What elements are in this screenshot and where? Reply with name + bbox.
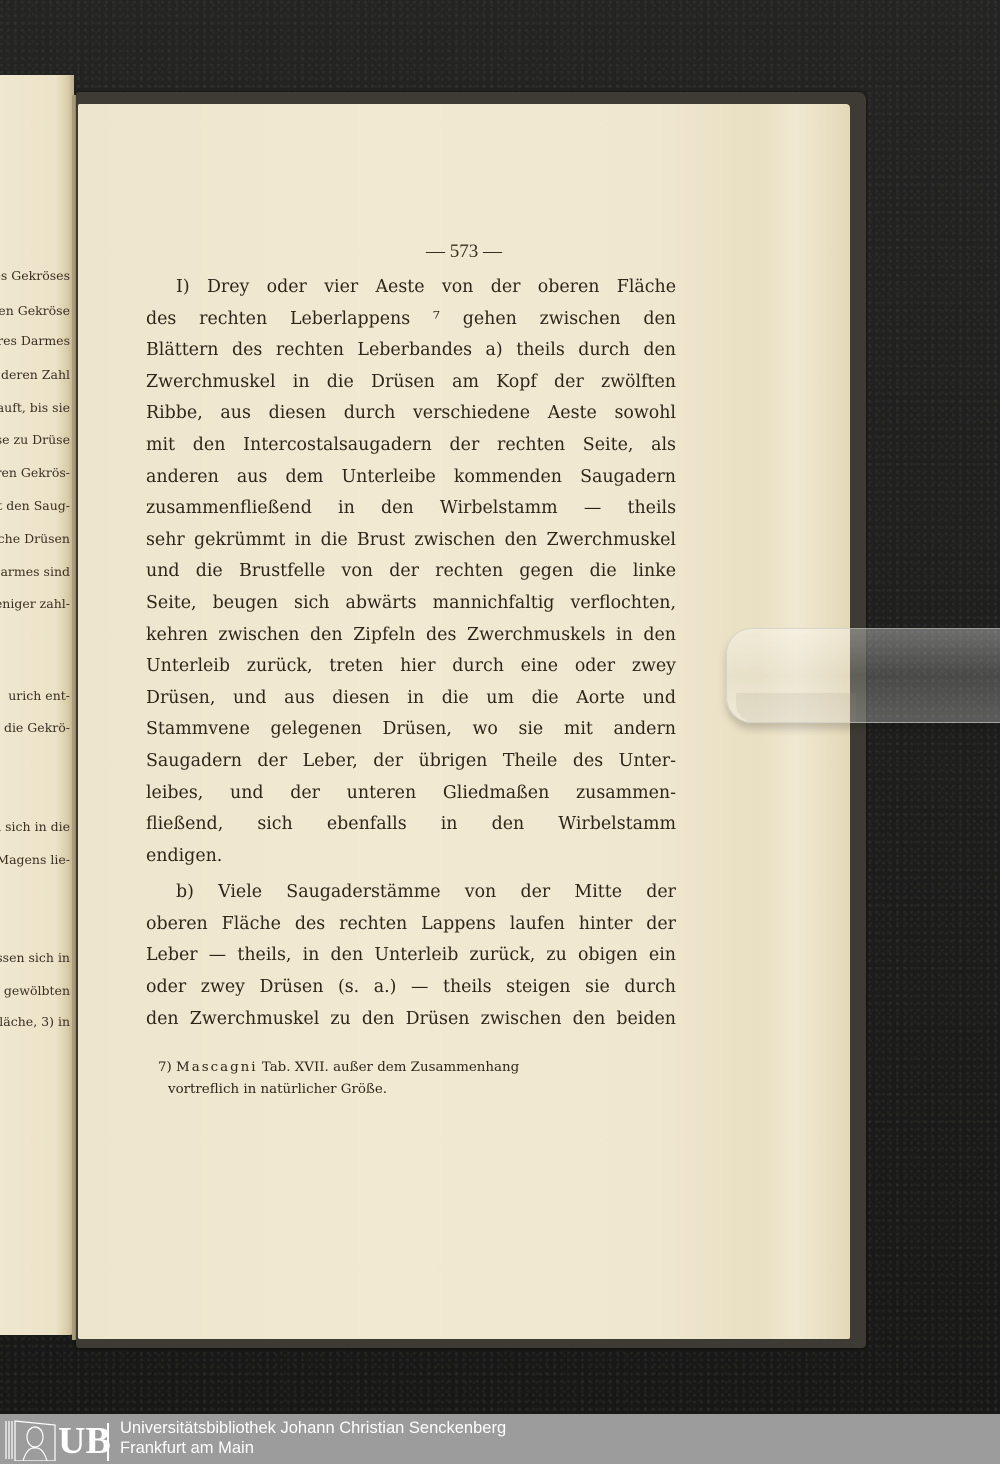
text-line: mit den Intercostalsaugadern der rechten… <box>146 430 676 462</box>
text-line: Zwerchmuskel in die Drüsen am Kopf der z… <box>146 367 676 399</box>
text-line: und die Brustfelle von der rechten gegen… <box>146 556 676 588</box>
left-page-text-fragment: liche Drüsen <box>0 531 70 546</box>
text-line: oberen Fläche des rechten Lappens laufen… <box>146 909 676 941</box>
logo-text: UB <box>58 1421 111 1461</box>
footnote: 7) Mascagni Tab. XVII. außer dem Zusamme… <box>158 1057 678 1101</box>
text-line: Saugadern der Leber, der übrigen Theile … <box>146 746 676 778</box>
left-page-text-fragment: n sich in die <box>0 819 70 834</box>
plastic-page-clip <box>726 628 1000 723</box>
text-line: des rechten Leberlappens ⁷ gehen zwische… <box>146 304 676 336</box>
footnote-line-1: 7) Mascagni Tab. XVII. außer dem Zusamme… <box>158 1057 678 1079</box>
text-line: endigen. <box>146 841 676 873</box>
text-line: Unterleib zurück, treten hier durch eine… <box>146 651 676 683</box>
text-line: sehr gekrümmt in die Brust zwischen den … <box>146 525 676 557</box>
text-line: oder zwey Drüsen (s. a.) — theils steige… <box>146 972 676 1004</box>
left-page-fragment <box>0 75 74 1335</box>
library-name: Universitätsbibliothek Johann Christian … <box>120 1418 506 1438</box>
footnote-author: Mascagni <box>176 1060 258 1075</box>
left-page-text-fragment: urich ent- <box>0 688 70 703</box>
text-line: Leber — theils, in den Unterleib zurück,… <box>146 940 676 972</box>
text-line: I) Drey oder vier Aeste von der oberen F… <box>146 272 676 304</box>
left-page-text-fragment: t den Saug- <box>0 498 70 513</box>
left-page-text-fragment: eres Darmes <box>0 333 70 348</box>
text-line: fließend, sich ebenfalls in den Wirbelst… <box>146 809 676 841</box>
left-page-text-fragment: üse zu Drüse <box>0 432 70 447</box>
text-line: den Zwerchmuskel zu den Drüsen zwischen … <box>146 1004 676 1036</box>
left-page-text-fragment: es Gekröses <box>0 268 70 283</box>
library-location: Frankfurt am Main <box>120 1438 254 1458</box>
left-page-text-fragment: n, deren Zahl <box>0 367 70 382</box>
left-page-text-fragment: auft, bis sie <box>0 400 70 415</box>
left-page-text-fragment: eniger zahl- <box>0 596 70 611</box>
text-line: Drüsen, und aus diesen in die um die Aor… <box>146 683 676 715</box>
text-line: leibes, und der unteren Gliedmaßen zusam… <box>146 778 676 810</box>
left-page-text-fragment: die Gekrö- <box>0 720 70 735</box>
left-page-text-fragment: armes sind <box>0 564 70 579</box>
logo-divider <box>107 1423 109 1461</box>
left-page-text-fragment: Magens lie- <box>0 852 70 867</box>
text-line: Ribbe, aus diesen durch verschiedene Aes… <box>146 398 676 430</box>
left-page-text-fragment: assen sich in <box>0 950 70 965</box>
page-number: — 573 — <box>78 241 850 263</box>
right-page: — 573 — I) Drey oder vier Aeste von der … <box>78 104 850 1339</box>
footnote-marker: 7) <box>158 1060 172 1075</box>
text-line: Seite, beugen sich abwärts mannichfaltig… <box>146 588 676 620</box>
left-page-text-fragment: igen Gekröse <box>0 303 70 318</box>
text-line: b) Viele Saugaderstämme von der Mitte de… <box>146 877 676 909</box>
body-text: I) Drey oder vier Aeste von der oberen F… <box>146 272 676 1035</box>
library-footer-bar: UB Universitätsbibliothek Johann Christi… <box>0 1414 1000 1464</box>
text-line: Blättern des rechten Leberbandes a) thei… <box>146 335 676 367</box>
text-line: zusammenfließend in den Wirbelstamm — th… <box>146 493 676 525</box>
ub-logo: UB <box>3 1417 111 1461</box>
text-line: Stammvene gelegenen Drüsen, wo sie mit a… <box>146 714 676 746</box>
left-page-text-fragment: eren Gekrös- <box>0 465 70 480</box>
footnote-line-2: vortreflich in natürlicher Größe. <box>158 1079 678 1101</box>
footnote-reference: Tab. XVII. außer dem Zusammenhang <box>262 1060 519 1075</box>
library-book-portrait-icon <box>3 1417 57 1461</box>
left-page-text-fragment: r gewölbten <box>0 983 70 998</box>
text-line: anderen aus dem Unterleibe kommenden Sau… <box>146 462 676 494</box>
left-page-text-fragment: läche, 3) in <box>0 1014 70 1029</box>
text-line: kehren zwischen den Zipfeln des Zwerchmu… <box>146 620 676 652</box>
